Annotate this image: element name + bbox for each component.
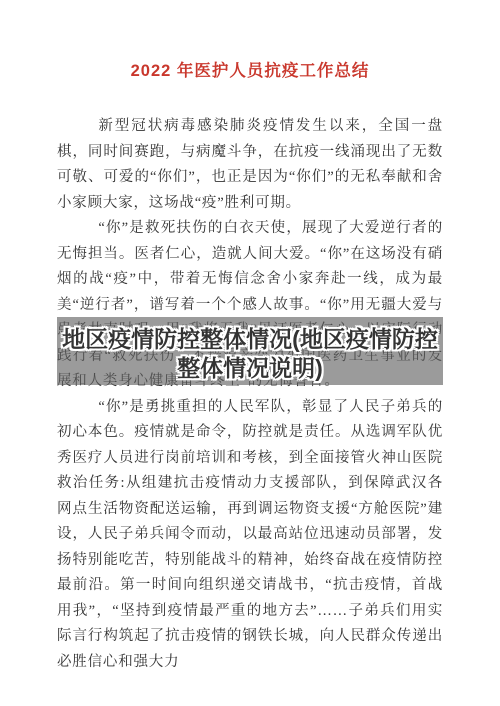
paragraph-medical-angels: “你”是救死扶伤的白衣天使，展现了大爱逆行者的无悔担当。医者仁心，造就人间大爱。…: [57, 216, 443, 395]
paragraph-peoples-army: “你”是勇挑重担的人民军队，彰显了人民子弟兵的初心本色。疫情就是命令，防控就是责…: [57, 395, 443, 676]
paragraph-intro: 新型冠状病毒感染肺炎疫情发生以来，全国一盘棋，同时间赛跑，与病魔斗争，在抗疫一线…: [57, 114, 443, 216]
document-page: 2022 年医护人员抗疫工作总结 新型冠状病毒感染肺炎疫情发生以来，全国一盘棋，…: [0, 0, 500, 706]
document-body: 新型冠状病毒感染肺炎疫情发生以来，全国一盘棋，同时间赛跑，与病魔斗争，在抗疫一线…: [57, 114, 443, 675]
document-title: 2022 年医护人员抗疫工作总结: [0, 0, 500, 82]
